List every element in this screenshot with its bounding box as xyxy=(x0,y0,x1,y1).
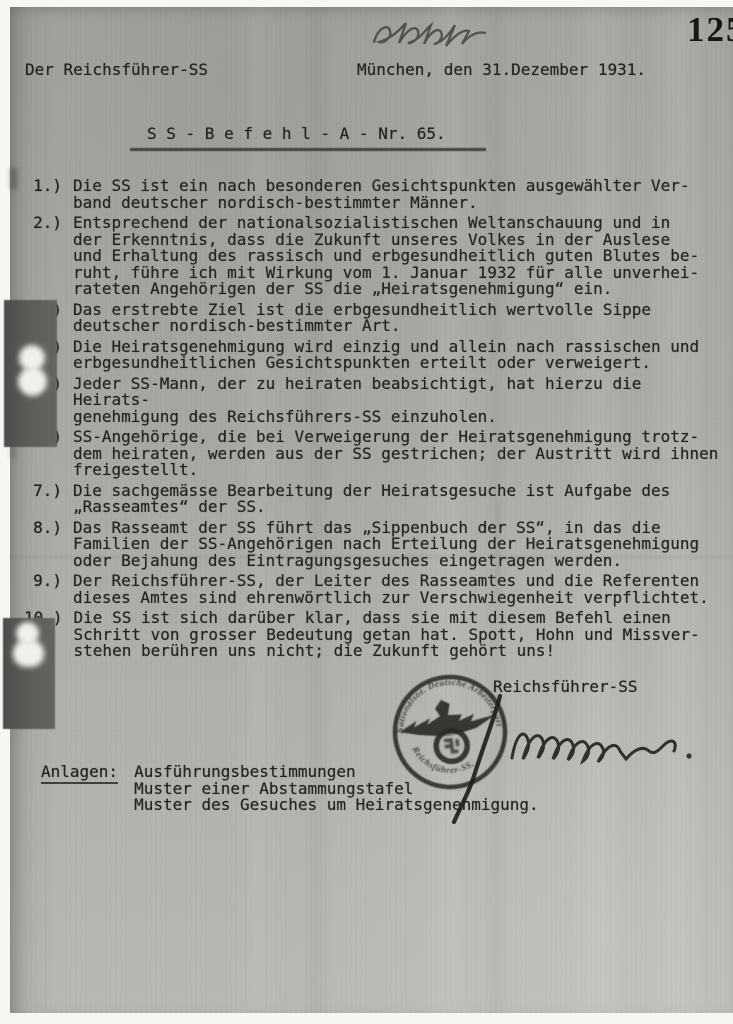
punch-hole xyxy=(18,367,47,396)
binder-tape-mark xyxy=(4,300,57,447)
order-item-5: 5.) Jeder SS-Mann, der zu heiraten beabs… xyxy=(24,376,726,426)
attachments-block: Anlagen: Ausführungsbestimmungen Muster … xyxy=(41,764,539,814)
item-number: 1.) xyxy=(24,178,62,211)
title-underline xyxy=(130,148,486,151)
edge-smudge xyxy=(10,445,16,459)
order-item-9: 9.) Der Reichsführer-SS, der Leiter des … xyxy=(24,573,726,606)
item-text: Jeder SS-Mann, der zu heiraten beabsicht… xyxy=(73,376,726,426)
order-item-list: 1.) Die SS ist ein nach besonderen Gesic… xyxy=(24,178,726,664)
item-number: 9.) xyxy=(24,573,62,606)
punch-hole xyxy=(13,640,44,667)
item-text: SS-Angehörige, die bei Verweigerung der … xyxy=(73,429,726,479)
order-item-4: 4.) Die Heiratsgenehmigung wird einzig u… xyxy=(24,339,726,372)
order-item-10: 10.) Die SS ist sich darüber klar, dass … xyxy=(24,610,726,660)
item-text: Die sachgemässe Bearbeitung der Heiratsg… xyxy=(73,483,726,516)
order-item-2: 2.) Entsprechend der nationalsozialistis… xyxy=(24,215,726,298)
item-number: 2.) xyxy=(24,215,62,298)
attachments-label: Anlagen: xyxy=(41,764,118,784)
item-text: Das Rasseamt der SS führt das „Sippenbuc… xyxy=(73,520,726,570)
item-number: 7.) xyxy=(24,483,62,516)
document-title: S S - B e f e h l - A - Nr. 65. xyxy=(147,126,446,143)
sender-line: Der Reichsführer-SS xyxy=(25,62,208,79)
item-number: 8.) xyxy=(24,520,62,570)
item-text: Der Reichsführer-SS, der Leiter des Rass… xyxy=(73,573,726,606)
page-number: 125 xyxy=(687,12,733,48)
attachments-list: Ausführungsbestimmungen Muster einer Abs… xyxy=(134,764,539,814)
item-text: Die Heiratsgenehmigung wird einzig und a… xyxy=(73,339,726,372)
item-text: Die SS ist sich darüber klar, dass sie m… xyxy=(74,610,726,660)
edge-smudge xyxy=(10,168,17,190)
order-item-7: 7.) Die sachgemässe Bearbeitung der Heir… xyxy=(24,483,726,516)
handwritten-annotation xyxy=(368,12,496,56)
handwriting-doppelt-icon xyxy=(368,12,496,56)
order-item-3: 3.) Das erstrebte Ziel ist die erbgesund… xyxy=(24,302,726,335)
item-text: Die SS ist ein nach besonderen Gesichtsp… xyxy=(73,178,726,211)
item-text: Das erstrebte Ziel ist die erbgesundheit… xyxy=(73,302,726,335)
binder-tape-mark xyxy=(3,618,55,729)
document-scan: 125 Der Reichsführer-SS München, den 31.… xyxy=(0,0,733,1024)
item-text: Entsprechend der nationalsozialistischen… xyxy=(73,215,726,298)
order-item-8: 8.) Das Rasseamt der SS führt das „Sippe… xyxy=(24,520,726,570)
order-item-6: 6.) SS-Angehörige, die bei Verweigerung … xyxy=(24,429,726,479)
order-item-1: 1.) Die SS ist ein nach besonderen Gesic… xyxy=(24,178,726,211)
dateline: München, den 31.Dezember 1931. xyxy=(357,62,646,79)
